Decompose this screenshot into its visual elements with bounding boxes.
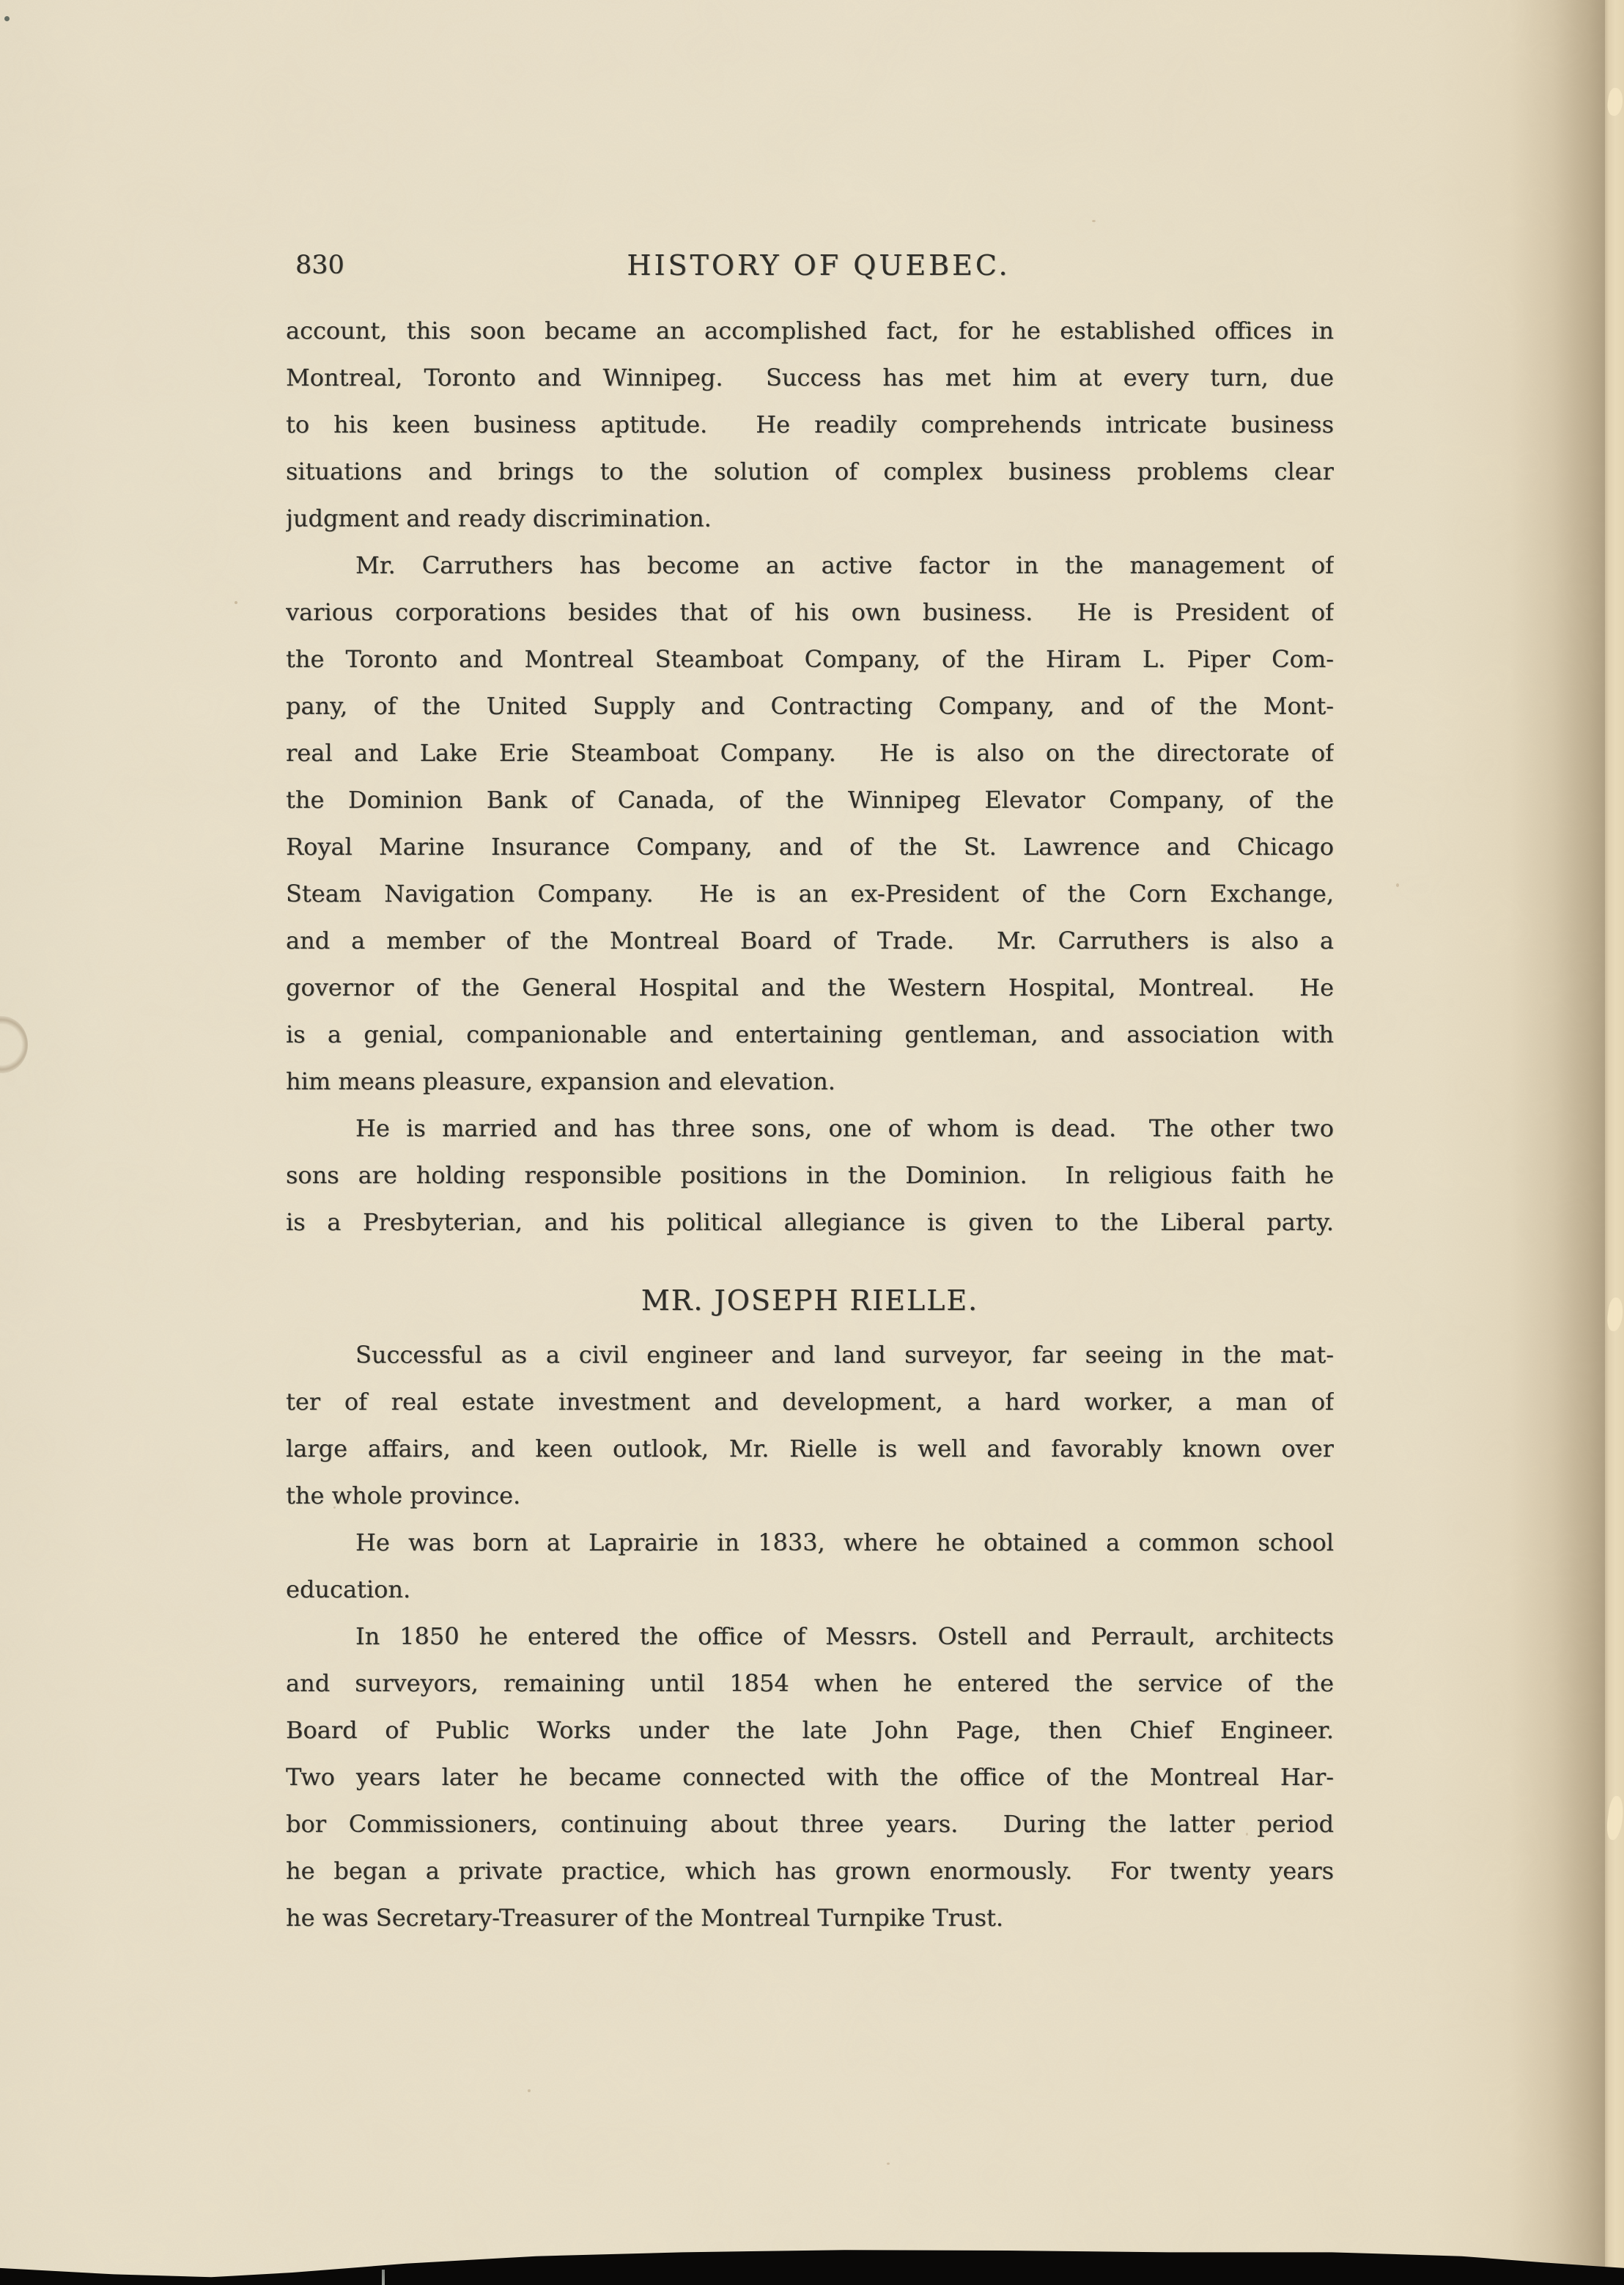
text-line: Mr. Carruthers has become an active fact… (286, 542, 1334, 589)
text-column: account, this soon became an accomplishe… (286, 307, 1334, 1941)
text-line: situations and brings to the solution of… (286, 448, 1334, 495)
scanned-book-page: 830 HISTORY OF QUEBEC. account, this soo… (0, 0, 1624, 2285)
text-line: bor Commissioners, continuing about thre… (286, 1800, 1334, 1847)
text-line: Royal Marine Insurance Company, and of t… (286, 823, 1334, 870)
text-line: he began a private practice, which has g… (286, 1847, 1334, 1894)
text-line: the Dominion Bank of Canada, of the Winn… (286, 776, 1334, 823)
page-edge (1605, 0, 1624, 2285)
text-line: the whole province. (286, 1472, 1334, 1519)
text-line: the Toronto and Montreal Steamboat Compa… (286, 636, 1334, 682)
paper-speck (1396, 883, 1399, 887)
text-line: real and Lake Erie Steamboat Company. He… (286, 729, 1334, 776)
text-line: is a genial, companionable and entertain… (286, 1011, 1334, 1058)
text-line: is a Presbyterian, and his political all… (286, 1199, 1334, 1245)
text-line: governor of the General Hospital and the… (286, 964, 1334, 1011)
text-line: sons are holding responsible positions i… (286, 1152, 1334, 1199)
text-line: him means pleasure, expansion and elevat… (286, 1058, 1334, 1105)
text-line: he was Secretary-Treasurer of the Montre… (286, 1894, 1334, 1941)
text-line: education. (286, 1566, 1334, 1613)
text-line: In 1850 he entered the office of Messrs.… (286, 1613, 1334, 1660)
paper-speck (4, 16, 10, 21)
text-line: Montreal, Toronto and Winnipeg. Success … (286, 354, 1334, 401)
text-line: He is married and has three sons, one of… (286, 1105, 1334, 1152)
paper-speck (528, 2089, 531, 2092)
text-line: pany, of the United Supply and Contracti… (286, 682, 1334, 729)
scan-black-band (0, 2229, 1624, 2285)
text-line: account, this soon became an accomplishe… (286, 307, 1334, 354)
text-line: Board of Public Works under the late Joh… (286, 1707, 1334, 1754)
text-line: various corporations besides that of his… (286, 589, 1334, 636)
page-edge-tear (1606, 87, 1624, 117)
paper-speck (887, 2163, 890, 2165)
paper-speck (1092, 220, 1096, 222)
text-line: to his keen business aptitude. He readil… (286, 401, 1334, 448)
text-line: and surveyors, remaining until 1854 when… (286, 1660, 1334, 1707)
text-line: Successful as a civil engineer and land … (286, 1331, 1334, 1378)
text-line: judgment and ready discrimination. (286, 495, 1334, 542)
text-line: He was born at Laprairie in 1833, where … (286, 1519, 1334, 1566)
running-title: HISTORY OF QUEBEC. (295, 248, 1343, 283)
paper-stain-mark (0, 1016, 28, 1073)
text-line: ter of real estate investment and develo… (286, 1378, 1334, 1425)
page-edge-tear (1605, 1795, 1624, 1841)
text-line: Two years later he became connected with… (286, 1754, 1334, 1800)
running-header: 830 HISTORY OF QUEBEC. (286, 248, 1334, 289)
scan-scratch-line (382, 2270, 385, 2285)
text-line: and a member of the Montreal Board of Tr… (286, 917, 1334, 964)
page-curl-shadow (1510, 0, 1605, 2285)
text-line: large affairs, and keen outlook, Mr. Rie… (286, 1425, 1334, 1472)
section-heading: MR. JOSEPH RIELLE. (286, 1277, 1334, 1324)
page-edge-tear (1606, 1297, 1624, 1332)
paper-speck (235, 601, 237, 604)
text-line: Steam Navigation Company. He is an ex-Pr… (286, 870, 1334, 917)
